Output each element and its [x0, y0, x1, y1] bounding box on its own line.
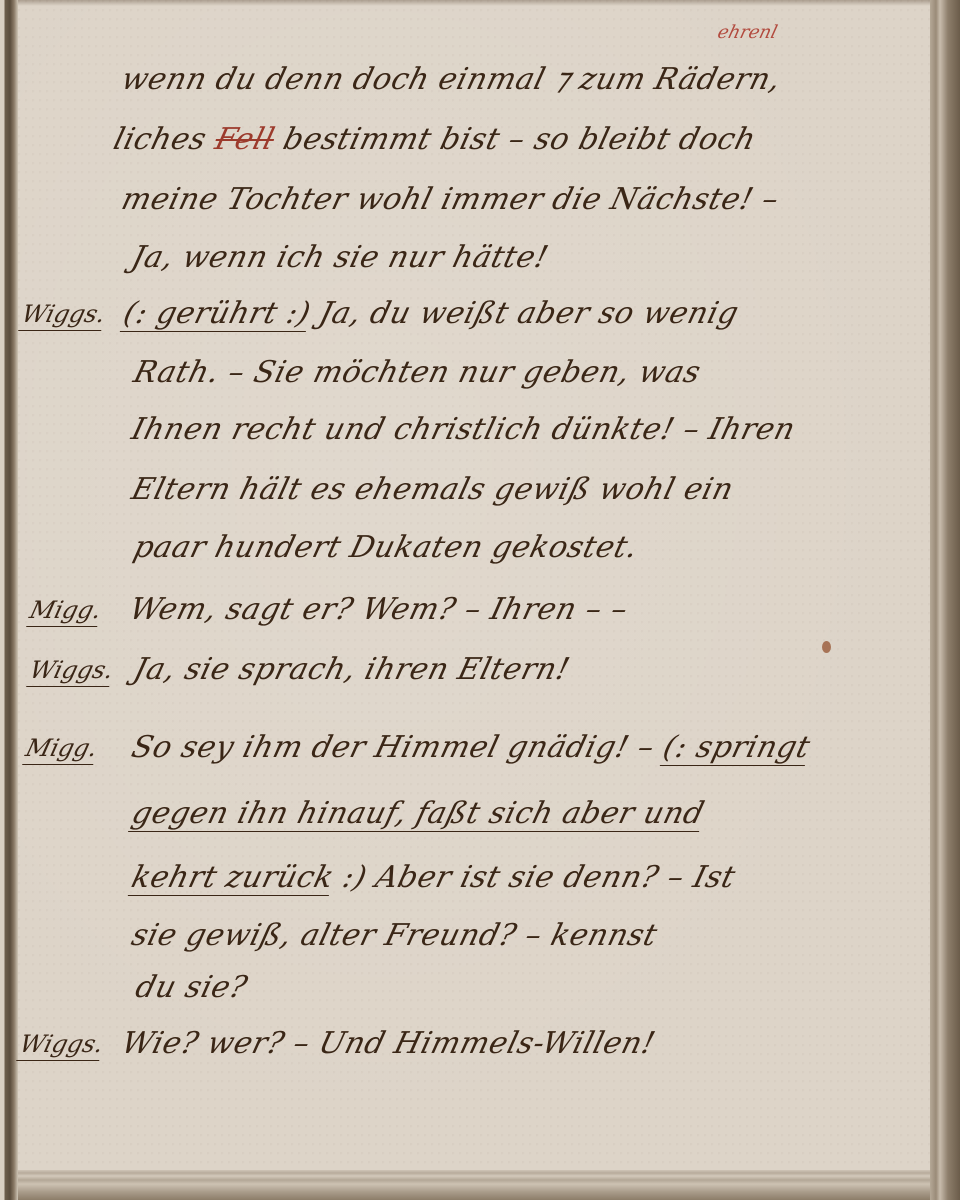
manuscript-line-3: meine Tochter wohl immer die Nächste! – — [118, 182, 783, 217]
page-edge-bottom — [18, 1170, 930, 1200]
manuscript-line-2: liches Fell bestimmt bist – so bleibt do… — [110, 122, 760, 157]
manuscript-line-11: Ja, sie sprach, ihren Eltern! — [130, 652, 573, 687]
stage-direction: kehrt zurück — [128, 860, 338, 896]
manuscript-line-17: Wie? wer? – Und Himmels-Willen! — [118, 1026, 659, 1061]
manuscript-line-8: Eltern hält es ehemals gewiß wohl ein — [128, 472, 737, 507]
speaker-label: Migg. — [22, 734, 100, 765]
manuscript-line-10: Wem, sagt er? Wem? – Ihren – – — [126, 592, 632, 627]
manuscript-line-16: du sie? — [132, 970, 251, 1005]
speaker-label: Wiggs. — [18, 300, 108, 331]
line-14-text: :) Aber ist sie denn? – Ist — [329, 860, 739, 895]
manuscript-line-7: Ihnen recht und christlich dünkte! – Ihr… — [128, 412, 799, 447]
book-binding-left — [0, 0, 18, 1200]
line-2-end: bestimmt bist – so bleibt doch — [270, 122, 760, 157]
stage-direction: (: gerührt :) — [120, 296, 315, 332]
manuscript-line-5: (: gerührt :) Ja, du weißt aber so wenig — [120, 296, 742, 331]
manuscript-line-1: wenn du denn doch einmal ⁊ zum Rädern, — [118, 62, 784, 97]
manuscript-line-4: Ja, wenn ich sie nur hätte! — [128, 240, 552, 275]
stage-direction: (: springt — [659, 730, 813, 766]
manuscript-line-9: paar hundert Dukaten gekostet. — [130, 530, 642, 565]
struck-word: Fell — [212, 122, 279, 157]
red-marginal-correction: ehrenl — [715, 22, 779, 43]
manuscript-line-15: sie gewiß, alter Freund? – kennst — [128, 918, 661, 953]
line-2-start: liches — [110, 122, 220, 157]
line-12-text: So sey ihm der Himmel gnädig! – — [128, 730, 668, 765]
speaker-label: Migg. — [26, 596, 104, 627]
manuscript-line-12: So sey ihm der Himmel gnädig! – (: sprin… — [128, 730, 814, 765]
speaker-label: Wiggs. — [16, 1030, 106, 1061]
manuscript-line-13: gegen ihn hinauf, faßt sich aber und — [128, 796, 708, 832]
manuscript-line-14: kehrt zurück :) Aber ist sie denn? – Ist — [128, 860, 739, 895]
manuscript-line-6: Rath. – Sie möchten nur geben, was — [130, 355, 704, 390]
page-edge-right — [930, 0, 960, 1200]
page-top-shadow — [18, 0, 930, 6]
speaker-label: Wiggs. — [26, 656, 116, 687]
line-5-text: Ja, du weißt aber so wenig — [306, 296, 743, 331]
ink-blot — [822, 641, 831, 653]
